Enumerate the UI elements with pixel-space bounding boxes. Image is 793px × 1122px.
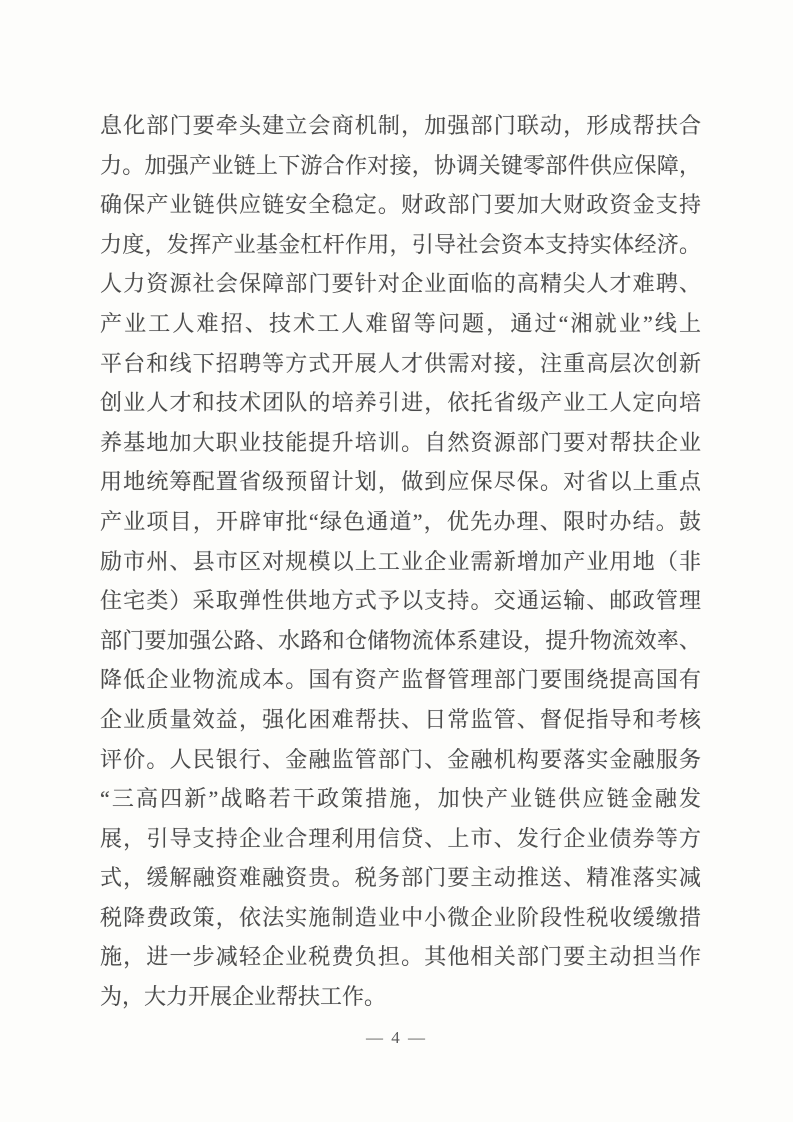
text-line: 住宅类）采取弹性供地方式予以支持。交通运输、邮政管理 xyxy=(100,581,701,621)
document-page: 息化部门要牵头建立会商机制，加强部门联动，形成帮扶合力。加强产业链上下游合作对接… xyxy=(0,0,793,1122)
text-line: 产业项目，开辟审批“绿色通道”，优先办理、限时办结。鼓 xyxy=(100,502,701,542)
text-line: 创业人才和技术团队的培养引进，依托省级产业工人定向培 xyxy=(100,383,701,423)
text-line: 施，进一步减轻企业税费负担。其他相关部门要主动担当作 xyxy=(100,937,701,977)
text-line: 力度，发挥产业基金杠杆作用，引导社会资本支持实体经济。 xyxy=(100,225,701,265)
page-number: — 4 — xyxy=(0,1028,793,1048)
text-line: 确保产业链供应链安全稳定。财政部门要加大财政资金支持 xyxy=(100,185,701,225)
text-line: 降低企业物流成本。国有资产监督管理部门要围绕提高国有 xyxy=(100,660,701,700)
body-text: 息化部门要牵头建立会商机制，加强部门联动，形成帮扶合力。加强产业链上下游合作对接… xyxy=(100,106,701,1017)
text-line: 评价。人民银行、金融监管部门、金融机构要落实金融服务 xyxy=(100,740,701,780)
text-line: 产业工人难招、技术工人难留等问题，通过“湘就业”线上 xyxy=(100,304,701,344)
text-line: 力。加强产业链上下游合作对接，协调关键零部件供应保障， xyxy=(100,146,701,186)
text-line: 养基地加大职业技能提升培训。自然资源部门要对帮扶企业 xyxy=(100,423,701,463)
text-line: 为，大力开展企业帮扶工作。 xyxy=(100,977,701,1017)
text-line: 人力资源社会保障部门要针对企业面临的高精尖人才难聘、 xyxy=(100,264,701,304)
text-line: 式，缓解融资难融资贵。税务部门要主动推送、精准落实减 xyxy=(100,858,701,898)
text-line: 企业质量效益，强化困难帮扶、日常监管、督促指导和考核 xyxy=(100,700,701,740)
text-line: 用地统筹配置省级预留计划，做到应保尽保。对省以上重点 xyxy=(100,462,701,502)
text-line: 平台和线下招聘等方式开展人才供需对接，注重高层次创新 xyxy=(100,344,701,384)
text-line: 励市州、县市区对规模以上工业企业需新增加产业用地（非 xyxy=(100,542,701,582)
text-line: 税降费政策，依法实施制造业中小微企业阶段性税收缓缴措 xyxy=(100,898,701,938)
text-line: 展，引导支持企业合理利用信贷、上市、发行企业债券等方 xyxy=(100,819,701,859)
text-line: “三高四新”战略若干政策措施，加快产业链供应链金融发 xyxy=(100,779,701,819)
text-line: 部门要加强公路、水路和仓储物流体系建设，提升物流效率、 xyxy=(100,621,701,661)
text-line: 息化部门要牵头建立会商机制，加强部门联动，形成帮扶合 xyxy=(100,106,701,146)
